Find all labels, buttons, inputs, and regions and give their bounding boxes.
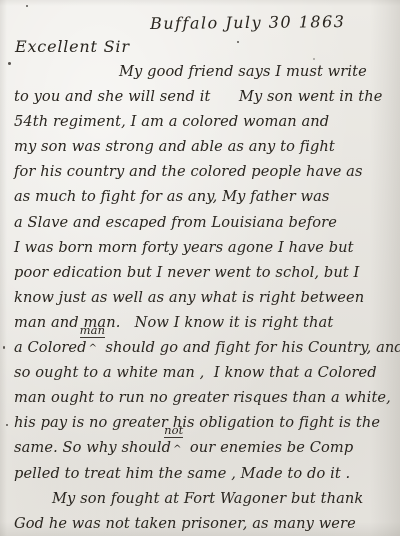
letter-line: God he was not taken prisoner, as many w… xyxy=(14,511,396,536)
letter-dateline: Buffalo July 30 1863 xyxy=(150,12,346,33)
letter-line: I was born morn forty years agone I have… xyxy=(14,235,396,260)
scan-speck xyxy=(8,62,11,65)
line-text-pre: a Colored xyxy=(14,339,87,356)
letter-line: My son fought at Fort Wagoner but thank xyxy=(14,486,396,511)
letter-line-with-insertion: same. So why shouldnot^ our enemies be C… xyxy=(14,435,396,460)
line-text-post: should go and fight for his Country, and xyxy=(101,339,400,356)
caret-mark: ^ xyxy=(173,445,181,455)
letter-line: a Slave and escaped from Louisiana befor… xyxy=(14,210,396,235)
letter-line: 54th regiment, I am a colored woman and xyxy=(14,109,396,134)
line-text-post: our enemies be Comp xyxy=(185,439,353,456)
inserted-word: not xyxy=(164,425,183,439)
letter-line: to you and she will send it My son went … xyxy=(14,84,396,109)
letter-line: My good friend says I must write xyxy=(14,59,396,84)
interlinear-insertion: not^ xyxy=(171,438,185,453)
letter-line-with-insertion: a Coloredman^ should go and fight for hi… xyxy=(14,335,396,360)
letter-line: as much to fight for as any, My father w… xyxy=(14,184,396,209)
letter-body: My good friend says I must write to you … xyxy=(14,59,396,536)
letter-line: my son was strong and able as any to fig… xyxy=(14,134,396,159)
scan-speck xyxy=(6,424,8,426)
interlinear-insertion: man^ xyxy=(87,337,101,352)
inserted-word: man xyxy=(80,325,105,339)
scan-speck xyxy=(237,41,239,43)
letter-line: his pay is no greater his obligation to … xyxy=(14,410,396,435)
letter-line: man and man. Now I know it is right that xyxy=(14,310,396,335)
letter-line: so ought to a white man , I know that a … xyxy=(14,360,396,385)
caret-mark: ^ xyxy=(89,344,97,354)
letter-page: Buffalo July 30 1863 Excellent Sir My go… xyxy=(0,0,400,536)
letter-line: know just as well as any what is right b… xyxy=(14,285,396,310)
letter-salutation: Excellent Sir xyxy=(15,37,130,56)
scan-speck xyxy=(26,5,28,7)
letter-line: man ought to run no greater risques than… xyxy=(14,385,396,410)
letter-line: pelled to treat him the same , Made to d… xyxy=(14,461,396,486)
scan-speck xyxy=(3,346,5,349)
letter-line: poor edication but I never went to schol… xyxy=(14,260,396,285)
line-text-pre: same. So why should xyxy=(14,439,171,456)
letter-line: for his country and the colored people h… xyxy=(14,159,396,184)
